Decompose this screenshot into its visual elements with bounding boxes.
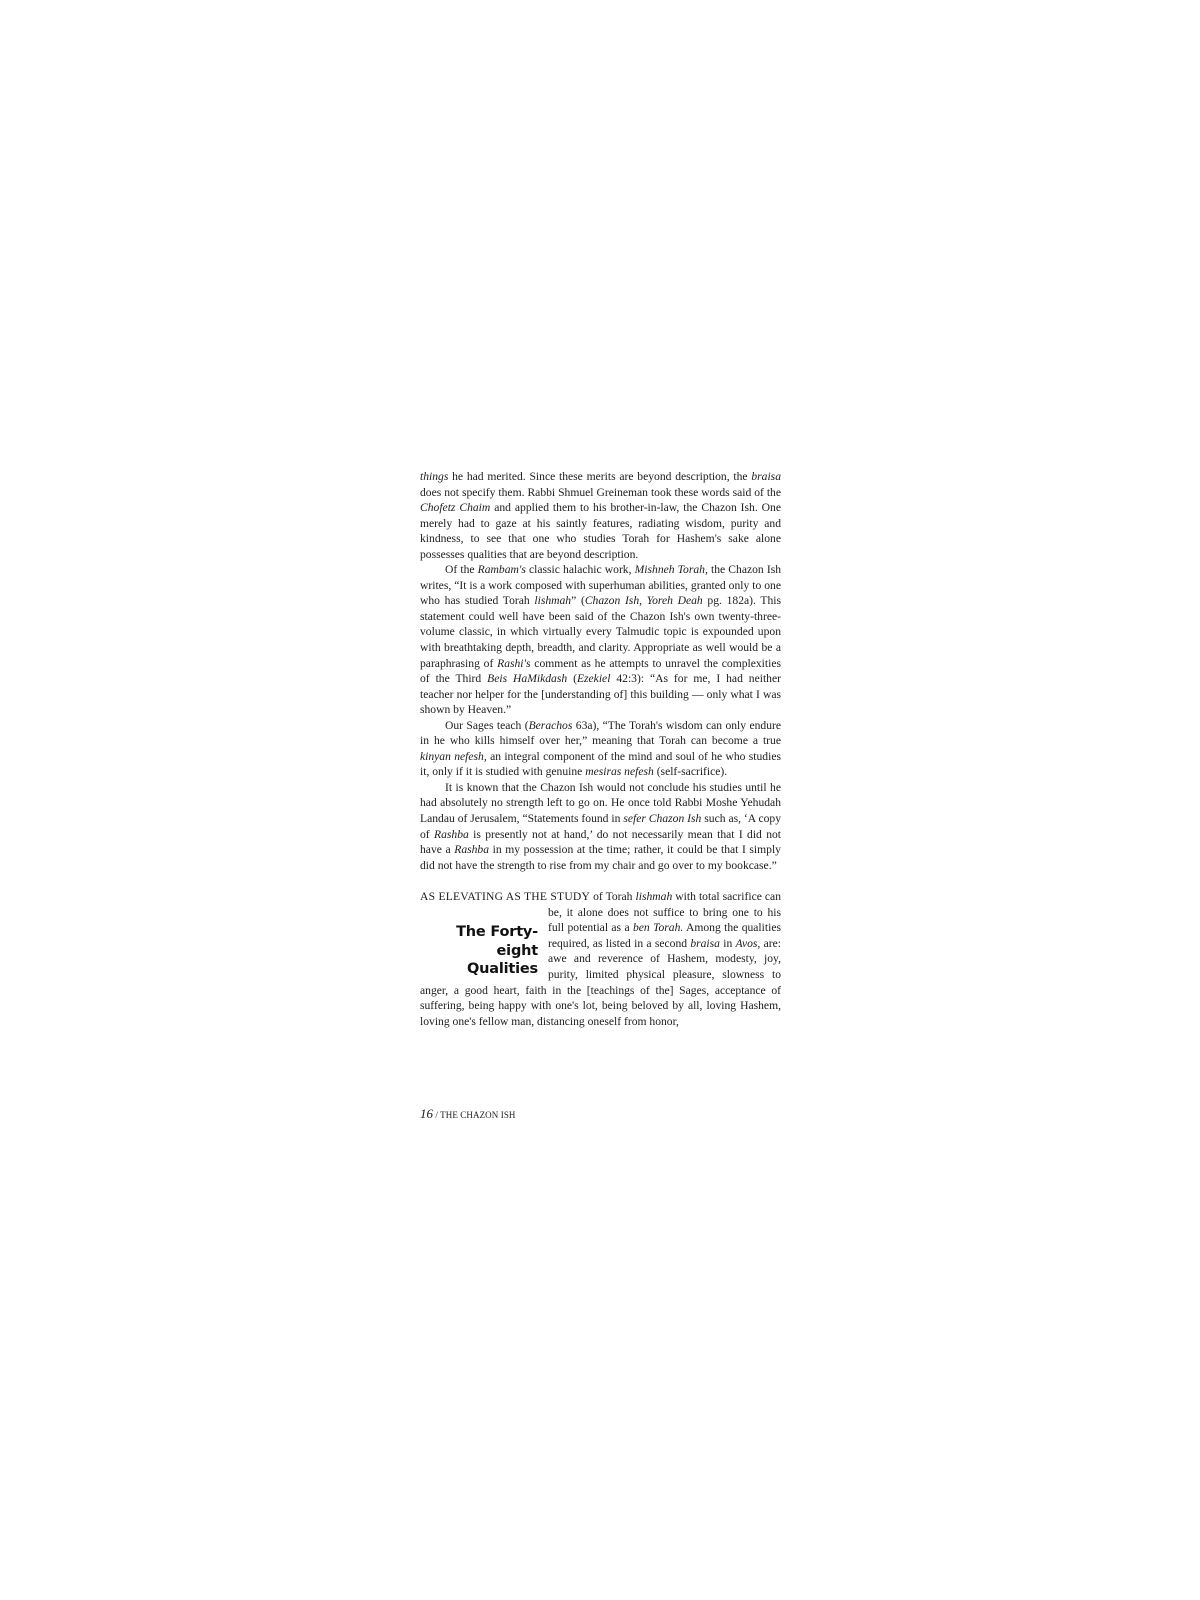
paragraph-3: Our Sages teach (Berachos 63a), “The Tor… bbox=[420, 718, 781, 780]
sidehead-line-1: The Forty-eight bbox=[420, 923, 538, 960]
section-spacer bbox=[420, 873, 781, 889]
paragraph-2: Of the Rambam's classic halachic work, M… bbox=[420, 562, 781, 717]
section-sidehead: The Forty-eightQualities bbox=[420, 923, 538, 979]
section-paragraph: The Forty-eightQualitiesAS ELEVATING AS … bbox=[420, 889, 781, 1029]
sidehead-line-2: Qualities bbox=[420, 960, 538, 979]
page-footer: 16 / THE CHAZON ISH bbox=[420, 1106, 516, 1122]
running-title: THE CHAZON ISH bbox=[440, 1110, 515, 1120]
paragraph-4: It is known that the Chazon Ish would no… bbox=[420, 780, 781, 873]
paragraph-1: things he had merited. Since these merit… bbox=[420, 469, 781, 562]
page-number: 16 bbox=[420, 1106, 433, 1121]
section-lead-caps: AS ELEVATING AS THE STUDY bbox=[420, 890, 590, 903]
text-column: things he had merited. Since these merit… bbox=[420, 469, 781, 1029]
